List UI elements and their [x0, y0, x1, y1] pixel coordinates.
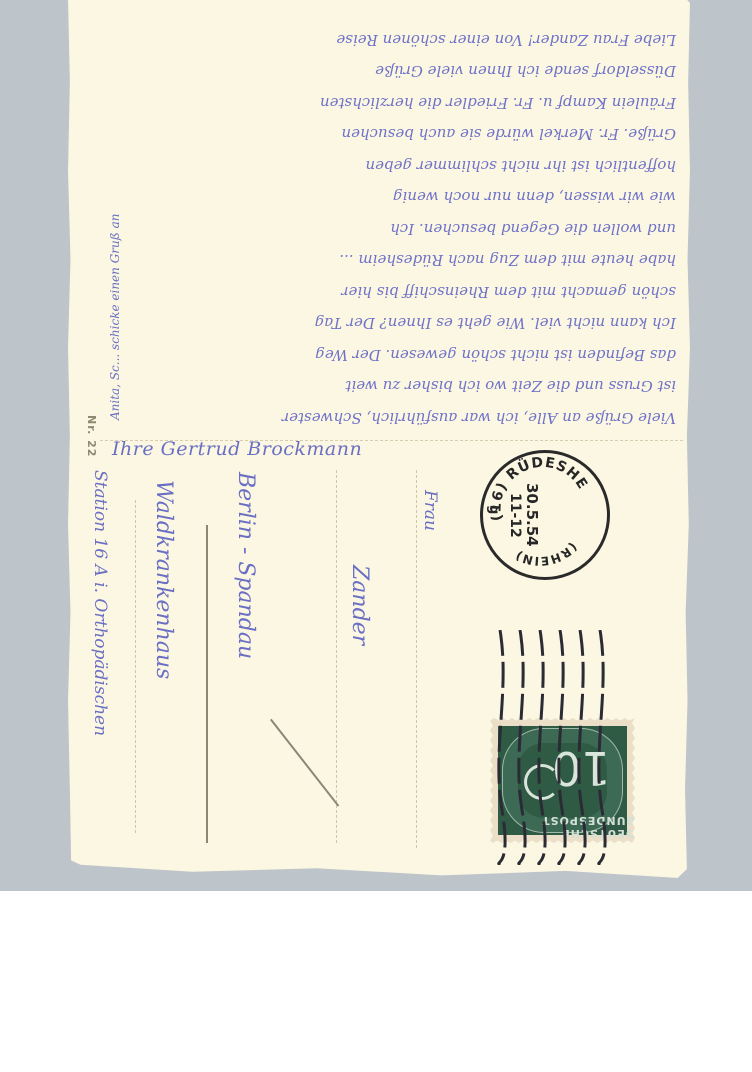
address-salutation: Frau — [420, 490, 440, 531]
postmark: (16) RÜDESHEIM (RHEIN) 30.5.54 11-12 g — [480, 450, 610, 580]
message-line: ist Gruss und die Zeit wo ich bisher zu … — [100, 370, 690, 402]
margin-note: Anita, Sc... schicke einen Gruß an — [108, 214, 122, 420]
address-institution: Waldkrankenhaus — [151, 480, 176, 679]
pencil-underline — [206, 525, 208, 843]
message-line: Viele Grüße an Alle, ich war ausführlich… — [100, 402, 690, 434]
message-line: Ich kann nicht viel. Wie geht es Ihnen? … — [100, 307, 690, 339]
postmark-letter: g — [486, 505, 501, 514]
message-line: Liebe Frau Zander! Von einer schönen Rei… — [100, 24, 690, 56]
address-line — [416, 470, 417, 850]
address-name: Zander — [347, 565, 372, 645]
cancellation-lines — [492, 630, 612, 865]
card-number: Nr. 22 — [85, 415, 98, 457]
message-line: habe heute mit dem Zug nach Rüdesheim ..… — [100, 244, 690, 276]
message-line: schön gemacht mit dem Rheinschiff bis hi… — [100, 276, 690, 308]
signature: Ihre Gertrud Brockmann — [112, 438, 362, 460]
message-line: Grüße. Fr. Merkel würde sie auch besuche… — [100, 118, 690, 150]
message-line: Fräulein Kampf u. Fr. Friedler die herzl… — [100, 87, 690, 119]
message-line: hoffentlich ist ihr nicht schlimmer gebe… — [100, 150, 690, 182]
address-line — [336, 470, 337, 845]
postmark-date: 30.5.54 — [523, 483, 541, 547]
message-line: das Befinden ist nicht schön gewesen. De… — [100, 339, 690, 371]
address-line — [135, 500, 136, 835]
address-ward: Station 16 A i. Orthopädischen — [90, 470, 110, 736]
address-city: Berlin - Spandau — [233, 472, 258, 659]
message-line: und wollen die Gegend besuchen. Ich — [100, 213, 690, 245]
postmark-time: 11-12 — [507, 493, 523, 538]
message-line: wie wir wissen, denn nur noch wenig — [100, 181, 690, 213]
message-line: Düsseldorf sende ich Ihnen viele Grüße — [100, 55, 690, 87]
handwritten-message: Viele Grüße an Alle, ich war ausführlich… — [100, 8, 690, 433]
